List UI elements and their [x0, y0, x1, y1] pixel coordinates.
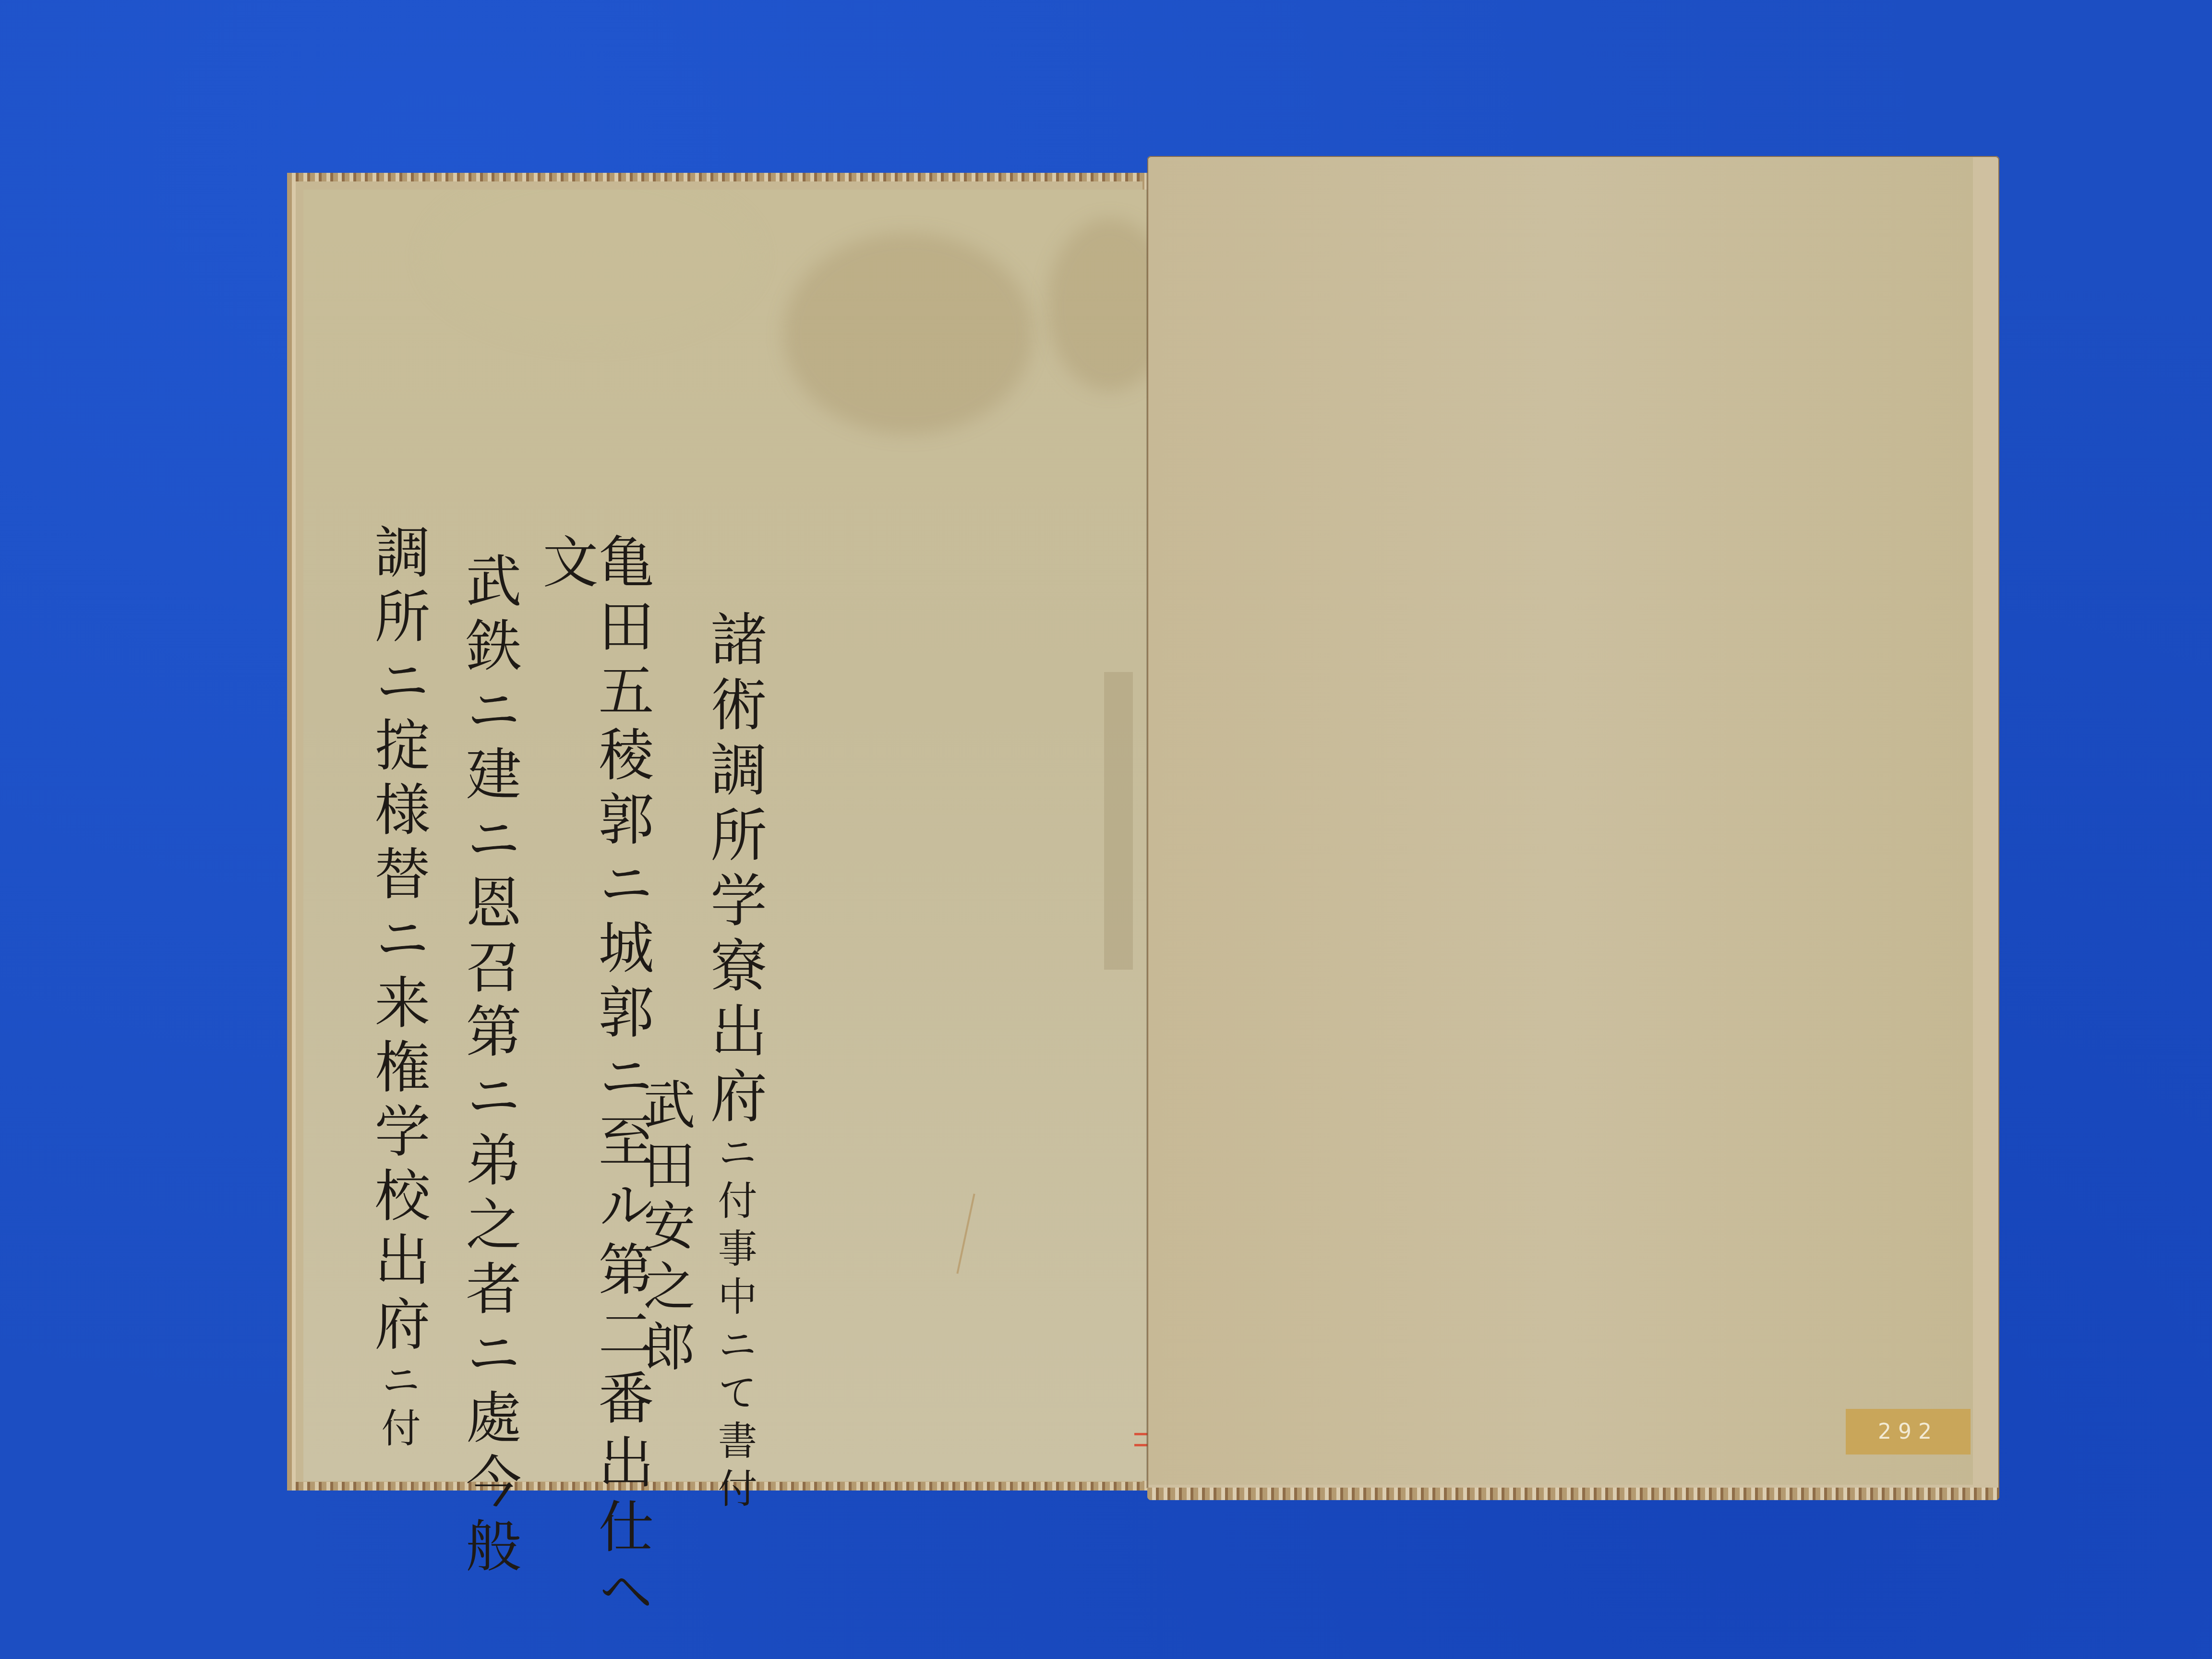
body-column-3-text: 調所ニ掟様替ニ来権学校出府: [365, 523, 430, 1359]
body-column-1: 亀田五稜郭ニ城郭ニ至ル第二番出仕ヘ文: [538, 533, 649, 1659]
accession-number-label: 292: [1846, 1409, 1971, 1455]
water-stain: [1047, 218, 1151, 391]
title-annotation: ニ付事中ニて書付: [711, 1132, 757, 1516]
binding-strip: [1104, 672, 1133, 970]
open-manuscript-book: 諸術調所学寮出府ニ付事中ニて書付 武田安之郎 亀田五稜郭ニ城郭ニ至ル第二番出仕ヘ…: [0, 0, 2212, 1659]
body-column-2: 武鉄ニ建ニ恩召第ニ弟之者ニ處今般: [461, 552, 517, 1581]
body-column-3: 調所ニ掟様替ニ来権学校出府ニ付: [370, 523, 425, 1455]
title-text: 諸術調所学寮出府: [701, 610, 767, 1132]
accession-number: 292: [1878, 1419, 1938, 1444]
water-stain: [783, 233, 1033, 434]
body-column-3-annotation: ニ付: [375, 1359, 421, 1455]
paper-crease-patch: [423, 190, 759, 343]
right-page-blank: [1148, 157, 1973, 1485]
title-column: 諸術調所学寮出府ニ付事中ニて書付: [706, 610, 762, 1516]
